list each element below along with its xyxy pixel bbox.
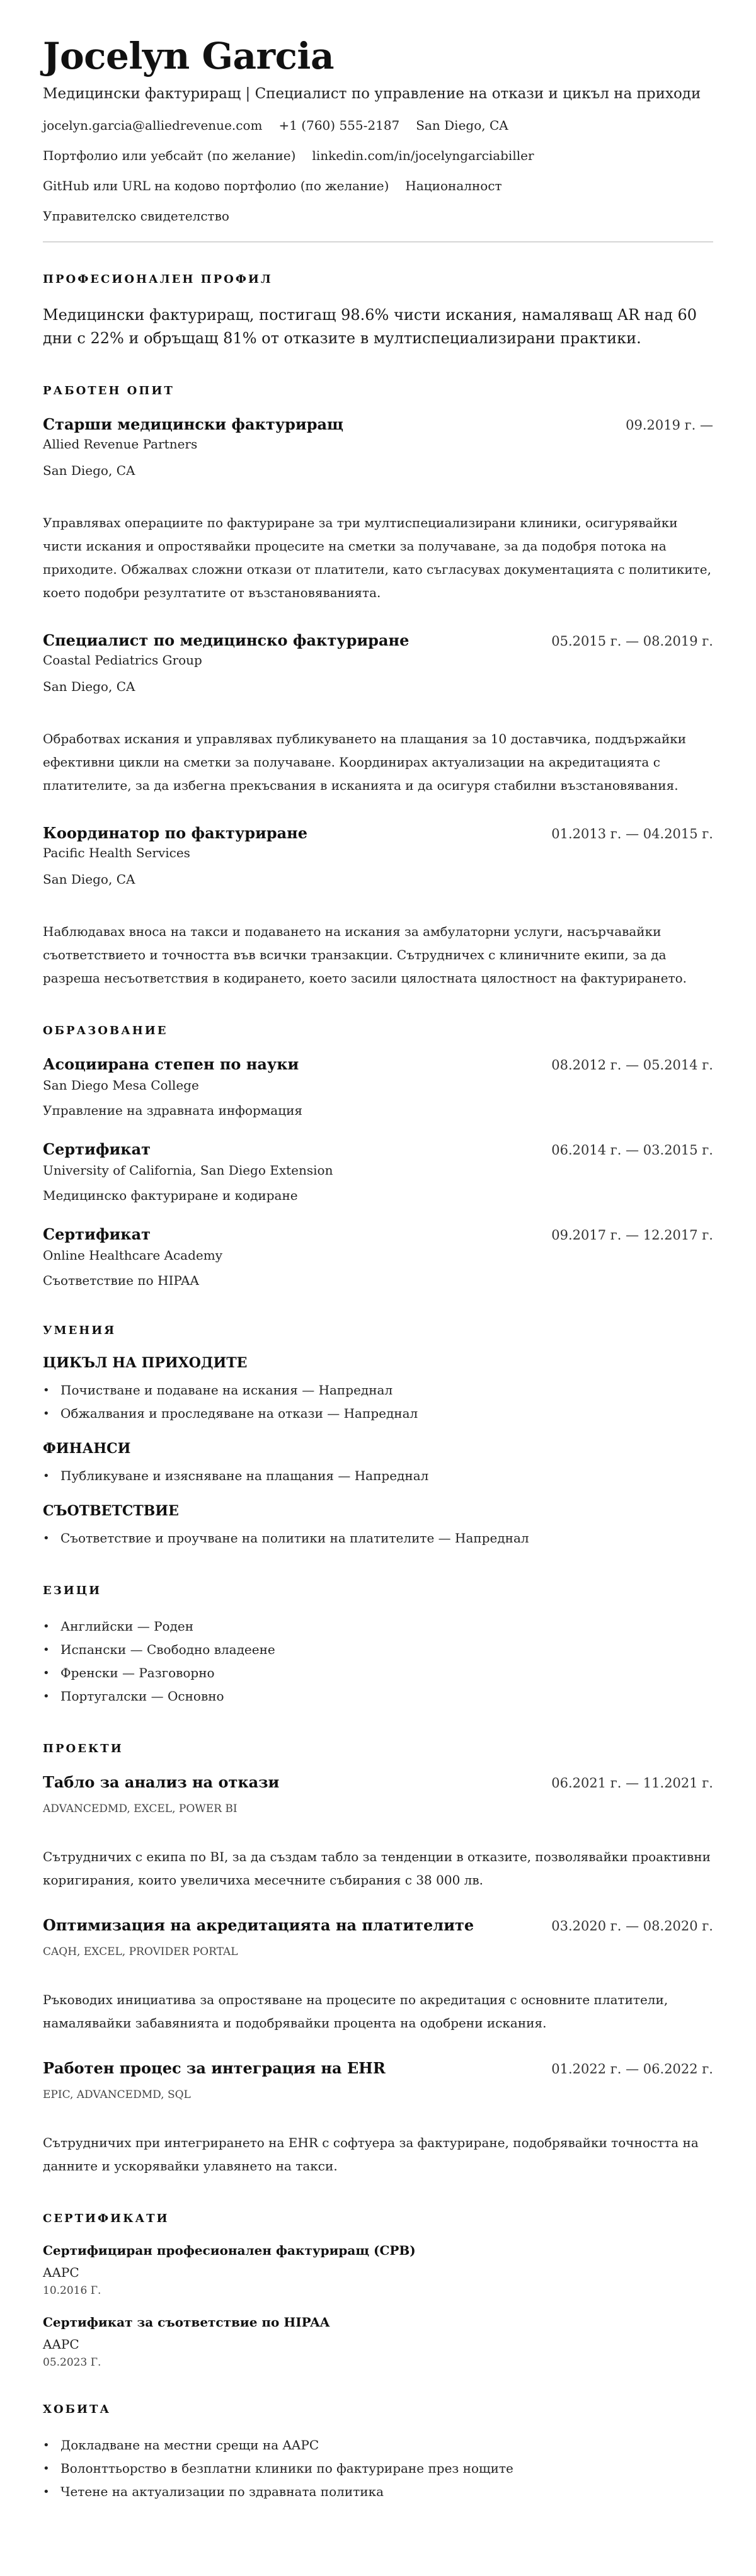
profile-summary: Медицински фактуриращ, постигащ 98.6% чи…: [43, 304, 713, 350]
school-name: San Diego Mesa College: [43, 1076, 713, 1095]
skill-list: Почистване и подаване на искания — Напре…: [43, 1379, 713, 1425]
project-title: Работен процес за интеграция на EHR: [43, 2059, 386, 2077]
education-dates: 06.2014 г. — 03.2015 г.: [551, 1143, 713, 1158]
certification-entry: Сертификат за съответствие по HIPAAAAPC0…: [43, 2315, 713, 2369]
section-title-hobbies: Хобита: [43, 2403, 713, 2416]
hobbies-list: Докладване на местни срещи на AAPCВолонт…: [43, 2434, 713, 2504]
hobby-item: Докладване на местни срещи на AAPC: [43, 2434, 713, 2457]
company-name: Coastal Pediatrics Group: [43, 651, 713, 670]
study-field: Управление на здравната информация: [43, 1101, 713, 1120]
school-name: Online Healthcare Academy: [43, 1246, 713, 1265]
project-description: Ръководих инициатива за опростяване на п…: [43, 1988, 713, 2035]
project-dates: 06.2021 г. — 11.2021 г.: [551, 1775, 713, 1791]
experience-entry: Специалист по медицинско фактуриране05.2…: [43, 631, 713, 797]
hobby-item: Волонттьорство в безплатни клиники по фа…: [43, 2457, 713, 2480]
contact-item: San Diego, CA: [416, 118, 508, 133]
certification-issuer: AAPC: [43, 2335, 713, 2354]
language-item: Испански — Свободно владеене: [43, 1638, 713, 1661]
skills-section: Умения Цикъл на приходитеПочистване и по…: [43, 1324, 713, 1550]
projects-section: Проекти Табло за анализ на откази06.2021…: [43, 1742, 713, 2178]
contact-item: Управителско свидетелство: [43, 208, 229, 224]
job-location: San Diego, CA: [43, 870, 713, 889]
skills-list: Цикъл на приходитеПочистване и подаване …: [43, 1355, 713, 1550]
job-dates: 05.2015 г. — 08.2019 г.: [551, 634, 713, 649]
project-dates: 03.2020 г. — 08.2020 г.: [551, 1918, 713, 1934]
job-location: San Diego, CA: [43, 461, 713, 480]
project-description: Сътрудничих при интегрирането на EHR с с…: [43, 2131, 713, 2178]
entry-header: Работен процес за интеграция на EHR01.20…: [43, 2059, 713, 2077]
certification-name: Сертификат за съответствие по HIPAA: [43, 2315, 713, 2330]
project-description: Сътрудничих с екипа по BI, за да създам …: [43, 1845, 713, 1892]
project-entry: Работен процес за интеграция на EHR01.20…: [43, 2059, 713, 2178]
contact-row: jocelyn.garcia@alliedrevenue.com+1 (760)…: [43, 118, 713, 133]
section-title-profile: Професионален профил: [43, 273, 713, 286]
project-tech-stack: CAQH, Excel, Provider Portal: [43, 1946, 713, 1958]
degree-title: Асоциирана степен по науки: [43, 1055, 299, 1073]
section-title-experience: Работен опит: [43, 384, 713, 397]
experience-list: Старши медицински фактуриращ09.2019 г. —…: [43, 415, 713, 990]
project-tech-stack: AdvancedMD, Excel, Power BI: [43, 1803, 713, 1815]
school-name: University of California, San Diego Exte…: [43, 1161, 713, 1180]
education-dates: 08.2012 г. — 05.2014 г.: [551, 1057, 713, 1073]
skill-item: Обжалвания и проследяване на откази — На…: [43, 1402, 713, 1425]
education-entry: Сертификат09.2017 г. — 12.2017 г.Online …: [43, 1225, 713, 1290]
certifications-list: Сертифициран професионален фактуриращ (C…: [43, 2243, 713, 2369]
education-list: Асоциирана степен по науки08.2012 г. — 0…: [43, 1055, 713, 1290]
education-entry: Асоциирана степен по науки08.2012 г. — 0…: [43, 1055, 713, 1120]
skill-item: Съответствие и проучване на политики на …: [43, 1527, 713, 1550]
experience-entry: Координатор по фактуриране01.2013 г. — 0…: [43, 824, 713, 990]
experience-entry: Старши медицински фактуриращ09.2019 г. —…: [43, 415, 713, 605]
certification-date: 10.2016 г.: [43, 2284, 713, 2297]
language-item: Френски — Разговорно: [43, 1661, 713, 1685]
contact-link[interactable]: jocelyn.garcia@alliedrevenue.com: [43, 118, 262, 133]
project-title: Табло за анализ на откази: [43, 1773, 279, 1791]
skill-item: Почистване и подаване на искания — Напре…: [43, 1379, 713, 1402]
skill-group-title: Финанси: [43, 1440, 713, 1457]
candidate-headline: Медицински фактуриращ | Специалист по уп…: [43, 83, 713, 105]
contact-link[interactable]: +1 (760) 555-2187: [278, 118, 399, 133]
certification-date: 05.2023 г.: [43, 2356, 713, 2369]
certification-issuer: AAPC: [43, 2263, 713, 2282]
degree-title: Сертификат: [43, 1140, 151, 1158]
profile-section: Професионален профил Медицински фактурир…: [43, 273, 713, 350]
job-title: Координатор по фактуриране: [43, 824, 307, 842]
project-title: Оптимизация на акредитацията на платител…: [43, 1916, 474, 1934]
contact-item: GitHub или URL на кодово портфолио (по ж…: [43, 178, 389, 193]
contact-link[interactable]: linkedin.com/in/jocelyngarciabiller: [312, 148, 534, 163]
company-name: Allied Revenue Partners: [43, 435, 713, 453]
projects-list: Табло за анализ на откази06.2021 г. — 11…: [43, 1773, 713, 2178]
entry-header: Асоциирана степен по науки08.2012 г. — 0…: [43, 1055, 713, 1073]
job-title: Специалист по медицинско фактуриране: [43, 631, 409, 649]
language-item: Английски — Роден: [43, 1615, 713, 1638]
entry-header: Специалист по медицинско фактуриране05.2…: [43, 631, 713, 649]
certification-entry: Сертифициран професионален фактуриращ (C…: [43, 2243, 713, 2297]
job-location: San Diego, CA: [43, 677, 713, 696]
contact-info: jocelyn.garcia@alliedrevenue.com+1 (760)…: [43, 118, 713, 224]
resume-header: Jocelyn Garcia Медицински фактуриращ | С…: [43, 35, 713, 224]
section-title-projects: Проекти: [43, 1742, 713, 1755]
job-dates: 01.2013 г. — 04.2015 г.: [551, 826, 713, 841]
contact-row: Управителско свидетелство: [43, 208, 713, 224]
study-field: Медицинско фактуриране и кодиране: [43, 1186, 713, 1205]
job-title: Старши медицински фактуриращ: [43, 415, 343, 433]
skill-item: Публикуване и изясняване на плащания — Н…: [43, 1464, 713, 1488]
section-title-languages: Езици: [43, 1584, 713, 1597]
experience-section: Работен опит Старши медицински фактурира…: [43, 384, 713, 990]
resume-page: Jocelyn Garcia Медицински фактуриращ | С…: [0, 0, 756, 2563]
contact-row: Портфолио или уебсайт (по желание)linked…: [43, 148, 713, 163]
degree-title: Сертификат: [43, 1225, 151, 1243]
entry-header: Сертификат06.2014 г. — 03.2015 г.: [43, 1140, 713, 1158]
candidate-name: Jocelyn Garcia: [43, 35, 713, 77]
section-title-certifications: Сертификати: [43, 2212, 713, 2225]
entry-header: Координатор по фактуриране01.2013 г. — 0…: [43, 824, 713, 842]
skill-list: Публикуване и изясняване на плащания — Н…: [43, 1464, 713, 1488]
education-entry: Сертификат06.2014 г. — 03.2015 г.Univers…: [43, 1140, 713, 1205]
skill-group-title: Цикъл на приходите: [43, 1355, 713, 1371]
entry-header: Сертификат09.2017 г. — 12.2017 г.: [43, 1225, 713, 1243]
entry-header: Старши медицински фактуриращ09.2019 г. —: [43, 415, 713, 433]
entry-header: Оптимизация на акредитацията на платител…: [43, 1916, 713, 1934]
contact-row: GitHub или URL на кодово портфолио (по ж…: [43, 178, 713, 193]
project-entry: Табло за анализ на откази06.2021 г. — 11…: [43, 1773, 713, 1892]
section-title-education: Образование: [43, 1024, 713, 1037]
company-name: Pacific Health Services: [43, 843, 713, 862]
certifications-section: Сертификати Сертифициран професионален ф…: [43, 2212, 713, 2369]
job-description: Наблюдавах вноса на такси и подаването н…: [43, 920, 713, 990]
hobbies-section: Хобита Докладване на местни срещи на AAP…: [43, 2403, 713, 2504]
entry-header: Табло за анализ на откази06.2021 г. — 11…: [43, 1773, 713, 1791]
project-entry: Оптимизация на акредитацията на платител…: [43, 1916, 713, 2035]
skill-group-title: Съответствие: [43, 1503, 713, 1519]
language-item: Португалски — Основно: [43, 1685, 713, 1708]
header-divider: [43, 241, 713, 242]
project-tech-stack: Epic, AdvancedMD, SQL: [43, 2089, 713, 2101]
job-dates: 09.2019 г. —: [626, 418, 713, 433]
section-title-skills: Умения: [43, 1324, 713, 1337]
job-description: Управлявах операциите по фактуриране за …: [43, 511, 713, 605]
project-dates: 01.2022 г. — 06.2022 г.: [551, 2061, 713, 2077]
contact-item: Националност: [405, 178, 501, 193]
study-field: Съответствие по HIPAA: [43, 1271, 713, 1290]
contact-item: Портфолио или уебсайт (по желание): [43, 148, 295, 163]
hobby-item: Четене на актуализации по здравната поли…: [43, 2480, 713, 2504]
education-section: Образование Асоциирана степен по науки08…: [43, 1024, 713, 1290]
languages-list: Английски — РоденИспански — Свободно вла…: [43, 1615, 713, 1708]
languages-section: Езици Английски — РоденИспански — Свобод…: [43, 1584, 713, 1708]
certification-name: Сертифициран професионален фактуриращ (C…: [43, 2243, 713, 2258]
education-dates: 09.2017 г. — 12.2017 г.: [551, 1228, 713, 1243]
skill-list: Съответствие и проучване на политики на …: [43, 1527, 713, 1550]
job-description: Обработвах искания и управлявах публикув…: [43, 727, 713, 797]
